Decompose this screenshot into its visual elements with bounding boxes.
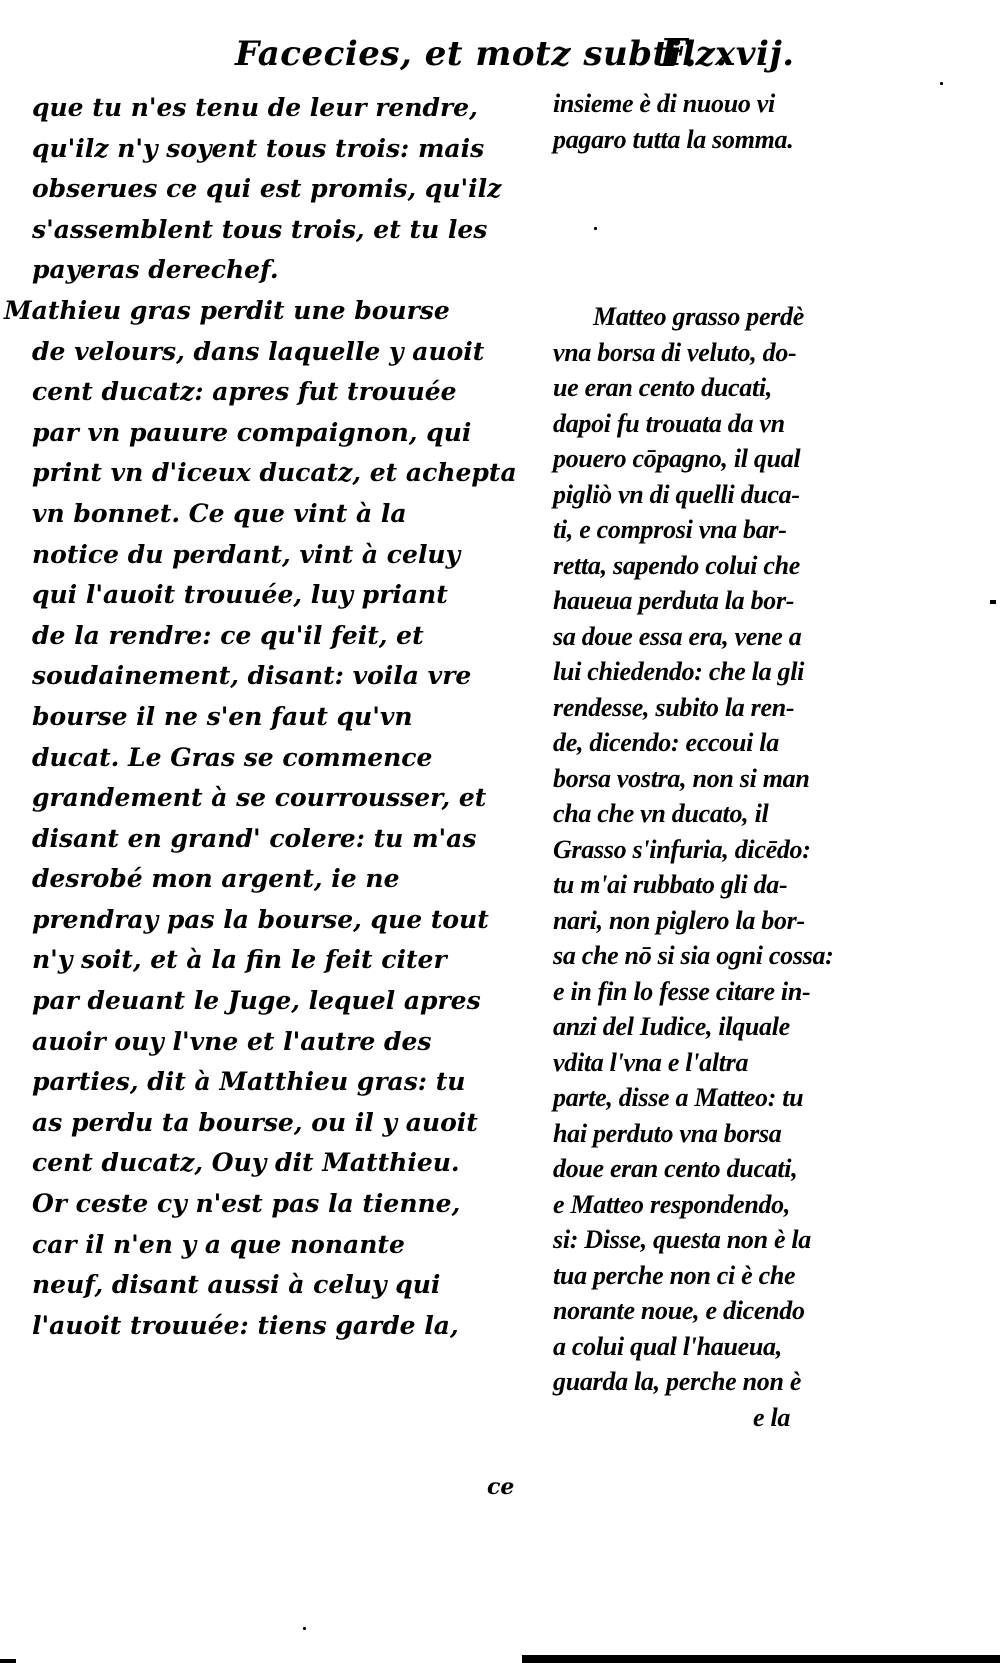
french-line: neuf, disant aussi à celuy qui [32,1265,522,1306]
italian-line: doue eran cento ducati, [553,1151,873,1187]
italian-line: pouero cōpagno, il qual [553,441,873,477]
running-title: Facecies, et motz subtilz. [235,34,728,74]
italian-line: vdita l'vna e l'altra [553,1045,873,1081]
french-line: l'auoit trouuée: tiens garde la, [32,1306,522,1347]
french-line: de velours, dans laquelle y auoit [32,332,522,373]
italian-line: insieme è di nuouo vi [553,86,873,122]
italian-line: pigliò vn di quelli duca- [553,477,873,513]
italian-line: vna borsa di veluto, do- [553,335,873,371]
print-speck [940,82,943,85]
french-line: disant en grand' colere: tu m'as [32,819,522,860]
french-line: car il n'en y a que nonante [32,1225,522,1266]
french-line: cent ducatz, Ouy dit Matthieu. [32,1143,522,1184]
italian-line: e Matteo respondendo, [553,1187,873,1223]
italian-line: norante noue, e dicendo [553,1293,873,1329]
french-line: bourse il ne s'en faut qu'vn [32,697,522,738]
italian-line: hai perduto vna borsa [553,1116,873,1152]
italian-line: e in fin lo fesse citare in- [553,974,873,1010]
italian-line: guarda la, perche non è [553,1364,873,1400]
italian-line: si: Disse, questa non è la [553,1222,873,1258]
page-edge-mark [990,600,996,604]
italian-line: nari, non piglero la bor- [553,903,873,939]
french-line: de la rendre: ce qu'il feit, et [32,616,522,657]
italian-line: lui chiedendo: che la gli [553,654,873,690]
french-line: soudainement, disant: voila vre [32,656,522,697]
signature-mark: F. [660,30,697,75]
french-line: desrobé mon argent, ie ne [32,859,522,900]
french-line: auoir ouy l'vne et l'autre des [32,1022,522,1063]
italian-line: anzi del Iudice, ilquale [553,1009,873,1045]
italian-column: insieme è di nuouo vi pagaro tutta la so… [553,86,873,1435]
italian-line: tu m'ai rubbato gli da- [553,867,873,903]
french-line: qu'ilz n'y soyent tous trois: mais [32,129,522,170]
french-line: prendray pas la bourse, que tout [32,900,522,941]
french-line: grandement à se courrousser, et [32,778,522,819]
italian-line: a colui qual l'haueua, [553,1329,873,1365]
italian-line: ti, e comprosi vna bar- [553,512,873,548]
folio-number: xvij. [715,34,795,74]
italian-line: haueua perduta la bor- [553,583,873,619]
french-line: ducat. Le Gras se commence [32,738,522,779]
french-line: qui l'auoit trouuée, luy priant [32,575,522,616]
print-speck [594,227,597,230]
italian-line: Grasso s'infuria, dicēdo: [553,832,873,868]
french-line: payeras derechef. [32,250,522,291]
scan-border-left [0,1659,16,1663]
italian-line: ue eran cento ducati, [553,370,873,406]
italian-line: borsa vostra, non si man [553,761,873,797]
italian-catchwords: e la [553,1400,873,1436]
italian-line: cha che vn ducato, il [553,796,873,832]
french-line: obserues ce qui est promis, qu'ilz [32,169,522,210]
italian-line: retta, sapendo colui che [553,548,873,584]
french-catchword: ce [487,1474,514,1500]
french-line: cent ducatz: apres fut trouuée [32,372,522,413]
french-line: notice du perdant, vint à celuy [32,535,522,576]
french-line: s'assemblent tous trois, et tu les [32,210,522,251]
running-header: Facecies, et motz subtilz. F. xvij. [235,28,855,84]
italian-line: de, dicendo: eccoui la [553,725,873,761]
french-line: que tu n'es tenu de leur rendre, [32,88,522,129]
italian-paragraph-start: Matteo grasso perdè [553,299,873,335]
italian-line: tua perche non ci è che [553,1258,873,1294]
italian-line: sa che nō si sia ogni cossa: [553,938,873,974]
column-gap [553,157,873,299]
french-line: print vn d'iceux ducatz, et achepta [32,453,522,494]
french-column: que tu n'es tenu de leur rendre, qu'ilz … [32,88,522,1346]
french-line: par vn pauure compaignon, qui [32,413,522,454]
italian-line: rendesse, subito la ren- [553,690,873,726]
italian-line: pagaro tutta la somma. [553,122,873,158]
french-line: as perdu ta bourse, ou il y auoit [32,1103,522,1144]
french-line: Or ceste cy n'est pas la tienne, [32,1184,522,1225]
scan-border-bottom [522,1655,1000,1663]
french-paragraph-start: Mathieu gras perdit une bourse [4,291,522,332]
french-line: par deuant le Juge, lequel apres [32,981,522,1022]
french-line: parties, dit à Matthieu gras: tu [32,1062,522,1103]
book-page: Facecies, et motz subtilz. F. xvij. que … [0,0,1000,1663]
italian-line: sa doue essa era, vene a [553,619,873,655]
french-line: n'y soit, et à la fin le feit citer [32,940,522,981]
italian-line: parte, disse a Matteo: tu [553,1080,873,1116]
italian-line: dapoi fu trouata da vn [553,406,873,442]
print-speck [303,1627,306,1630]
french-line: vn bonnet. Ce que vint à la [32,494,522,535]
